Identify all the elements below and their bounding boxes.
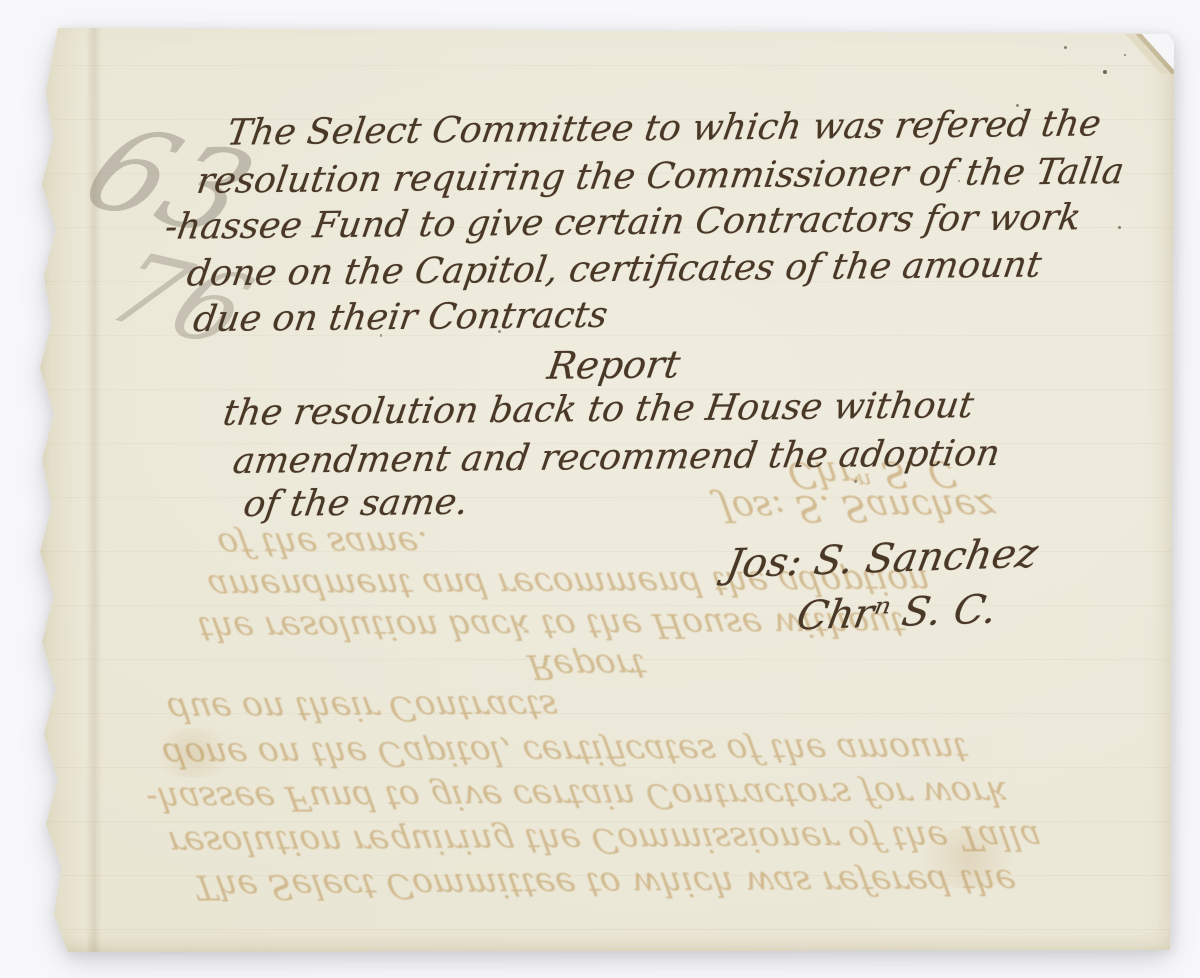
ink-speck: [854, 480, 857, 483]
ink-speck: [1064, 46, 1067, 49]
document-page-wrap: 63 76 The Select Committee to which was …: [28, 12, 1176, 958]
report-heading: Report: [545, 342, 683, 387]
handwriting-line: due on their Contracts: [191, 295, 611, 340]
handwriting-line: done on the Capitol, certificates of the…: [184, 245, 1044, 295]
handwriting-line: resolution requiring the Commissioner of…: [194, 151, 1127, 202]
handwritten-text: The Select Committee to which was refere…: [28, 12, 1176, 958]
handwriting-line: -hassee Fund to give certain Contractors…: [162, 197, 1083, 248]
ink-speck: [872, 132, 874, 134]
ink-speck: [958, 180, 960, 182]
handwriting-line: of the same.: [241, 482, 471, 525]
folded-corner: [1122, 16, 1174, 74]
paper-stain: [148, 728, 238, 778]
signature-title: Chrⁿ S. C.: [793, 587, 1000, 640]
handwriting-line: the resolution back to the House without: [220, 385, 976, 434]
ink-speck: [1016, 104, 1019, 107]
ink-speck: [498, 330, 501, 333]
paper-stain: [908, 828, 1028, 888]
ink-speck: [1118, 226, 1121, 229]
document-page: 63 76 The Select Committee to which was …: [28, 12, 1176, 958]
signature-name: Jos: S. Sanchez: [723, 531, 1041, 588]
handwriting-line: The Select Committee to which was refere…: [224, 103, 1103, 153]
handwriting-line: amendment and recommend the adoption: [230, 433, 1002, 482]
photo-background: 63 76 The Select Committee to which was …: [0, 0, 1200, 978]
ink-speck: [380, 334, 382, 337]
ink-speck: [1103, 70, 1107, 74]
